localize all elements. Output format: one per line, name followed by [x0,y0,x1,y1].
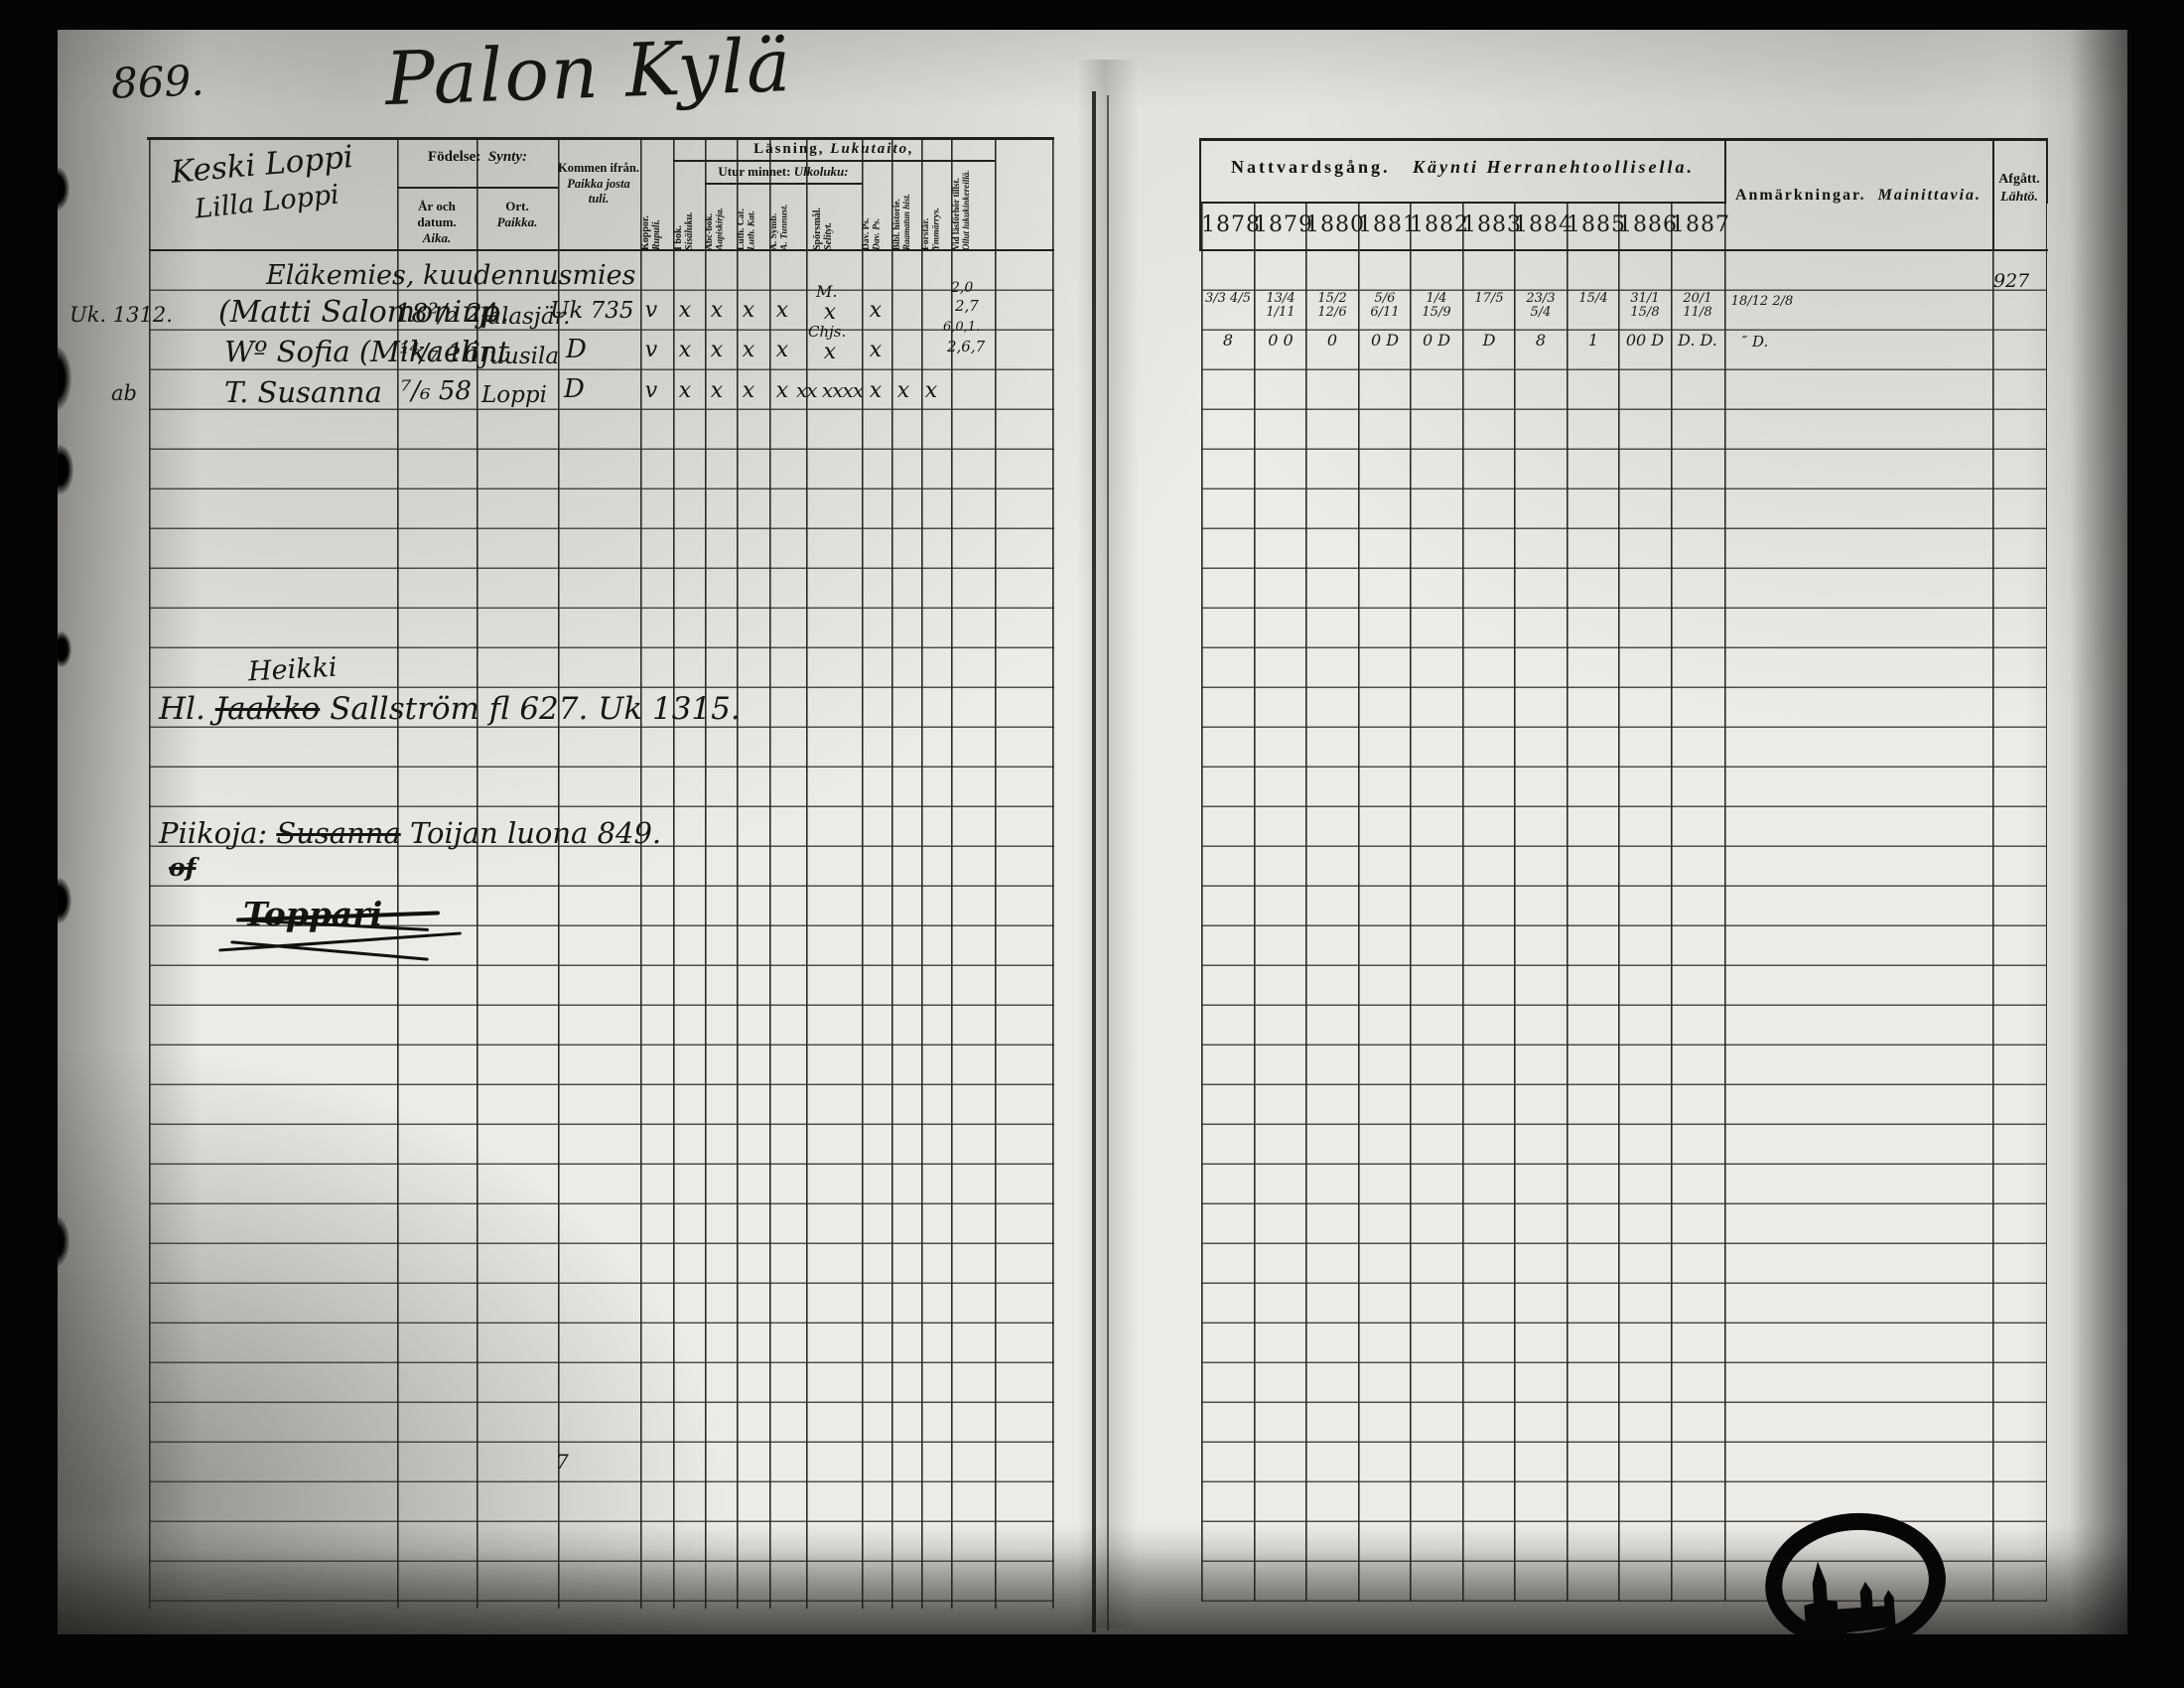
birth-header-sv: Födelse: [428,149,480,165]
church-icon [1789,1547,1922,1639]
col-attended-examination-sv: Vid läsförhör tillst. [951,142,961,250]
mark-row1-creed: x [767,298,797,323]
annotation1-prefix: Hl. [159,691,205,727]
mark-row2-questions: x [815,340,845,364]
scan-border-left [0,0,58,1688]
col-catechism-sv: Luth. Cat. [737,187,748,250]
year-column-1880: 1880 [1305,212,1358,237]
annotation3-struck: of [169,853,196,882]
mark-row3-reads: x [670,378,700,403]
page-number: 869. [110,56,205,107]
mark-row1-reads: x [670,298,700,323]
mark-row2-smallpox: v [636,338,666,362]
communion-row1-1879: 13/4 1/11 [1255,292,1306,321]
birth-place-header: Ort. Paikka. [477,199,558,230]
mark-row3-abc: x [702,378,732,403]
name-row3: T. Susanna [224,375,382,409]
note-row1-questions: M. [816,282,837,301]
year-column-1887: 1887 [1671,212,1723,237]
communion-row1-1883: 17/5 [1463,292,1515,306]
annotation1-struck-name: Jaakko [215,691,321,727]
birth-date-header-sv: År och datum. [417,199,456,229]
col-header-abc-book: Abc-bok. Aapiskirja. [705,187,737,250]
col-smallpox-sv: Koppor. [640,145,651,250]
mark-row1-catechism: x [734,298,763,323]
right-table-top-border [1199,138,2048,141]
reading-header-fi: Lukutaito, [830,141,914,157]
col-smallpox-fi: Rupuli. [651,145,662,250]
communion-row2-1880: 0 [1306,332,1358,350]
communion-row1-1886: 31/1 15/8 [1619,292,1671,321]
communion-row2-1884: 8 [1515,332,1567,350]
communion-header: Nattvardsgång. Käynti Herranehtoollisell… [1201,157,1724,178]
annotation2-struck-name: Susanna [276,816,400,850]
communion-row2-overflow: ″ D. [1729,334,1781,351]
mark-row1-psalms: x [861,298,890,323]
remarks-header: Anmärkningar. Mainittavia. [1724,187,1992,205]
right-header-bottom-line [1201,249,2048,251]
col-understands-sv: Förstår. [921,165,932,250]
memory-header-sv: Utur minnet: [718,164,790,179]
year-column-1884: 1884 [1514,212,1567,237]
household-group-line: Eläkemies, kuudennusmies [266,260,636,291]
col-psalms-sv: Dav. Ps. [862,187,873,250]
scan-border-bottom [0,1634,2184,1688]
birth-header-divider [397,187,558,189]
birth-header: Födelse: Synty: [397,149,558,166]
mark-row3-understands: x [916,378,946,403]
col-header-catechism: Luth. Cat. Luth. Kat. [737,187,769,250]
memory-header-divider [705,183,862,185]
page-title: Palon Kylä [384,23,794,122]
communion-row2-1883: D [1463,332,1515,350]
tally-row1-line2: 2,7 [955,297,979,315]
came-from-row2: D [566,335,587,364]
mark-row2-creed: x [767,338,797,362]
communion-row2-1881: 0 D [1359,332,1411,350]
col-header-creed: A. Symb. A. Tunnust. [769,187,806,250]
mark-row3-psalms: x [861,378,890,403]
departed-header-fi: Lähtö. [2000,190,2038,205]
col-reads-book-sv: I bok. [673,145,684,250]
annotation1-correction: Heikki [247,652,338,688]
communion-row2-1885: 1 [1568,332,1619,350]
remarks-header-fi: Mainittavia. [1878,187,1981,204]
year-column-1883: 1883 [1462,212,1515,237]
col-header-reads-book: I bok. Sisäluku. [673,145,705,250]
scan-border-right [2127,0,2184,1688]
right-table-right-border [2046,139,2048,204]
reading-header-divider [673,160,995,162]
col-catechism-fi: Luth. Kat. [748,187,758,250]
col-bible-history-sv: Bibl. historie. [891,165,901,250]
birth-place-header-sv: Ort. [505,199,528,213]
communion-row2-1887: D. D. [1672,332,1723,350]
communion-row1-1882: 1/4 15/9 [1411,292,1462,321]
came-from-row1: Uk 735 [550,298,634,324]
remarks-header-sv: Anmärkningar. [1735,187,1866,204]
year-column-1886: 1886 [1618,212,1671,237]
departed-value-row: 927 [1993,270,2029,292]
departed-header-sv: Afgått. [1998,172,2040,187]
scan-edge-shade-right [2070,28,2129,1636]
mark-row3-creed: x [767,378,797,403]
scanned-parish-register: 869. Palon Kylä Keski Loppi Lilla Loppi … [0,0,2184,1688]
communion-row1-1878: 3/3 4/5 [1202,292,1254,306]
stray-ink-mark: 7 [556,1450,569,1474]
mark-row2-abc: x [702,338,732,362]
came-from-row3: D [564,374,585,404]
tally-row2-line2: 2,6,7 [947,338,985,355]
binding-line-left [1092,91,1096,1632]
tally-row2-line1: 6,0,1. [943,320,980,335]
right-page-column-lines [1201,204,2047,1602]
left-table-top-border [147,137,1054,140]
annotation2-line: Piikoja: Susanna Toijan luona 849. [159,816,661,850]
birth-date-row3: ⁷/₆ 58 [401,376,472,406]
margin-note-row1: Uk. 1312. [69,303,173,327]
col-attended-examination-fi: Ollut lukukinkereillä. [961,142,971,250]
communion-row1-1885: 15/4 [1568,292,1619,306]
mark-row2-catechism: x [734,338,763,362]
year-column-1878: 1878 [1201,212,1254,237]
mark-row3-smallpox: v [636,378,666,403]
col-header-understands: Förstår. Ymmärrys. [921,165,951,250]
col-questions-fi: Selityt. [823,187,834,250]
mark-row2-reads: x [670,338,700,362]
col-header-smallpox: Koppor. Rupuli. [640,145,673,250]
year-column-1879: 1879 [1254,212,1306,237]
reading-header-sv: Läsning, [753,141,824,157]
communion-header-fi: Käynti Herranehtoollisella. [1413,157,1695,177]
communion-row1-1880: 15/2 12/6 [1306,292,1358,321]
came-from-header: Kommen ifrån. Paikka josta tuli. [556,161,641,208]
annotation2-rest: Toijan luona 849. [410,816,661,850]
mark-row2-psalms: x [861,338,890,362]
memory-header: Utur minnet: Ulkoluku: [705,164,862,180]
communion-row1-1887: 20/1 11/8 [1672,292,1723,321]
communion-row2-1878: 8 [1202,332,1254,350]
year-column-1882: 1882 [1410,212,1462,237]
mark-row3-catechism: x [734,378,763,403]
col-creed-sv: A. Symb. [769,187,780,250]
annotation1-line: Hl. Jaakko Sallström fl 627. Uk 1315. [159,691,741,727]
mark-row3-questions-cluster: xx xxxx [796,378,863,402]
col-abc-book-sv: Abc-bok. [705,187,716,250]
mark-row3-bible-history: x [888,378,918,403]
communion-row1-1881: 5/6 6/11 [1359,292,1411,321]
col-reads-book-fi: Sisäluku. [684,145,695,250]
came-from-header-sv: Kommen ifrån. [558,161,639,175]
mark-row1-questions: x [815,300,845,325]
communion-row2-1882: 0 D [1411,332,1462,350]
reading-header: Läsning, Lukutaito, [673,141,995,158]
communion-row1-overflow: 18/12 2/8 [1727,295,1797,309]
birth-place-row3: Loppi [481,382,547,408]
col-header-questions: Spörsmål. Selityt. [812,187,856,250]
year-column-1885: 1885 [1567,212,1619,237]
col-psalms-fi: Dav. Ps. [873,187,884,250]
birth-date-header: År och datum. Aika. [397,199,477,246]
annotation1-rest: Sallström fl 627. Uk 1315. [330,691,741,727]
col-creed-fi: A. Tunnust. [780,187,791,250]
birth-date-header-fi: Aika. [423,230,452,245]
col-header-attended-examination: Vid läsförhör tillst. Ollut lukukinkerei… [951,142,995,250]
col-questions-sv: Spörsmål. [812,187,823,250]
binding-line-right [1107,95,1109,1630]
communion-header-divider [1201,202,1724,204]
birth-header-fi: Synty: [488,149,527,165]
year-column-1881: 1881 [1358,212,1411,237]
note-row2-questions: Chjs. [808,323,846,341]
col-header-psalms: Dav. Ps. Dav. Ps. [862,187,891,250]
tally-row1-line1: 2,0 [951,280,973,296]
col-abc-book-fi: Aapiskirja. [716,187,727,250]
mark-row1-abc: x [702,298,732,323]
mark-row1-smallpox: v [636,298,666,323]
departed-header: Afgått. Lähtö. [1992,171,2046,207]
scan-border-top [0,0,2184,30]
birth-place-header-fi: Paikka. [497,214,538,229]
margin-note-row3: ab [111,381,137,405]
birth-place-row2: Juusila [480,344,559,369]
col-bible-history-fi: Raamatun hist. [901,165,911,250]
communion-header-sv: Nattvardsgång. [1231,157,1391,177]
annotation2-prefix: Piikoja: [159,816,267,850]
communion-row2-1886: 00 D [1619,332,1671,350]
memory-header-fi: Ulkoluku: [794,164,849,179]
communion-row2-1879: 0 0 [1255,332,1306,350]
col-understands-fi: Ymmärrys. [932,165,943,250]
col-header-bible-history: Bibl. historie. Raamatun hist. [891,165,921,250]
communion-row1-1884: 23/3 5/4 [1515,292,1567,321]
birth-date-row2: ¹⁴/₇ 16 [399,339,479,368]
came-from-header-fi: Paikka josta tuli. [567,177,630,207]
